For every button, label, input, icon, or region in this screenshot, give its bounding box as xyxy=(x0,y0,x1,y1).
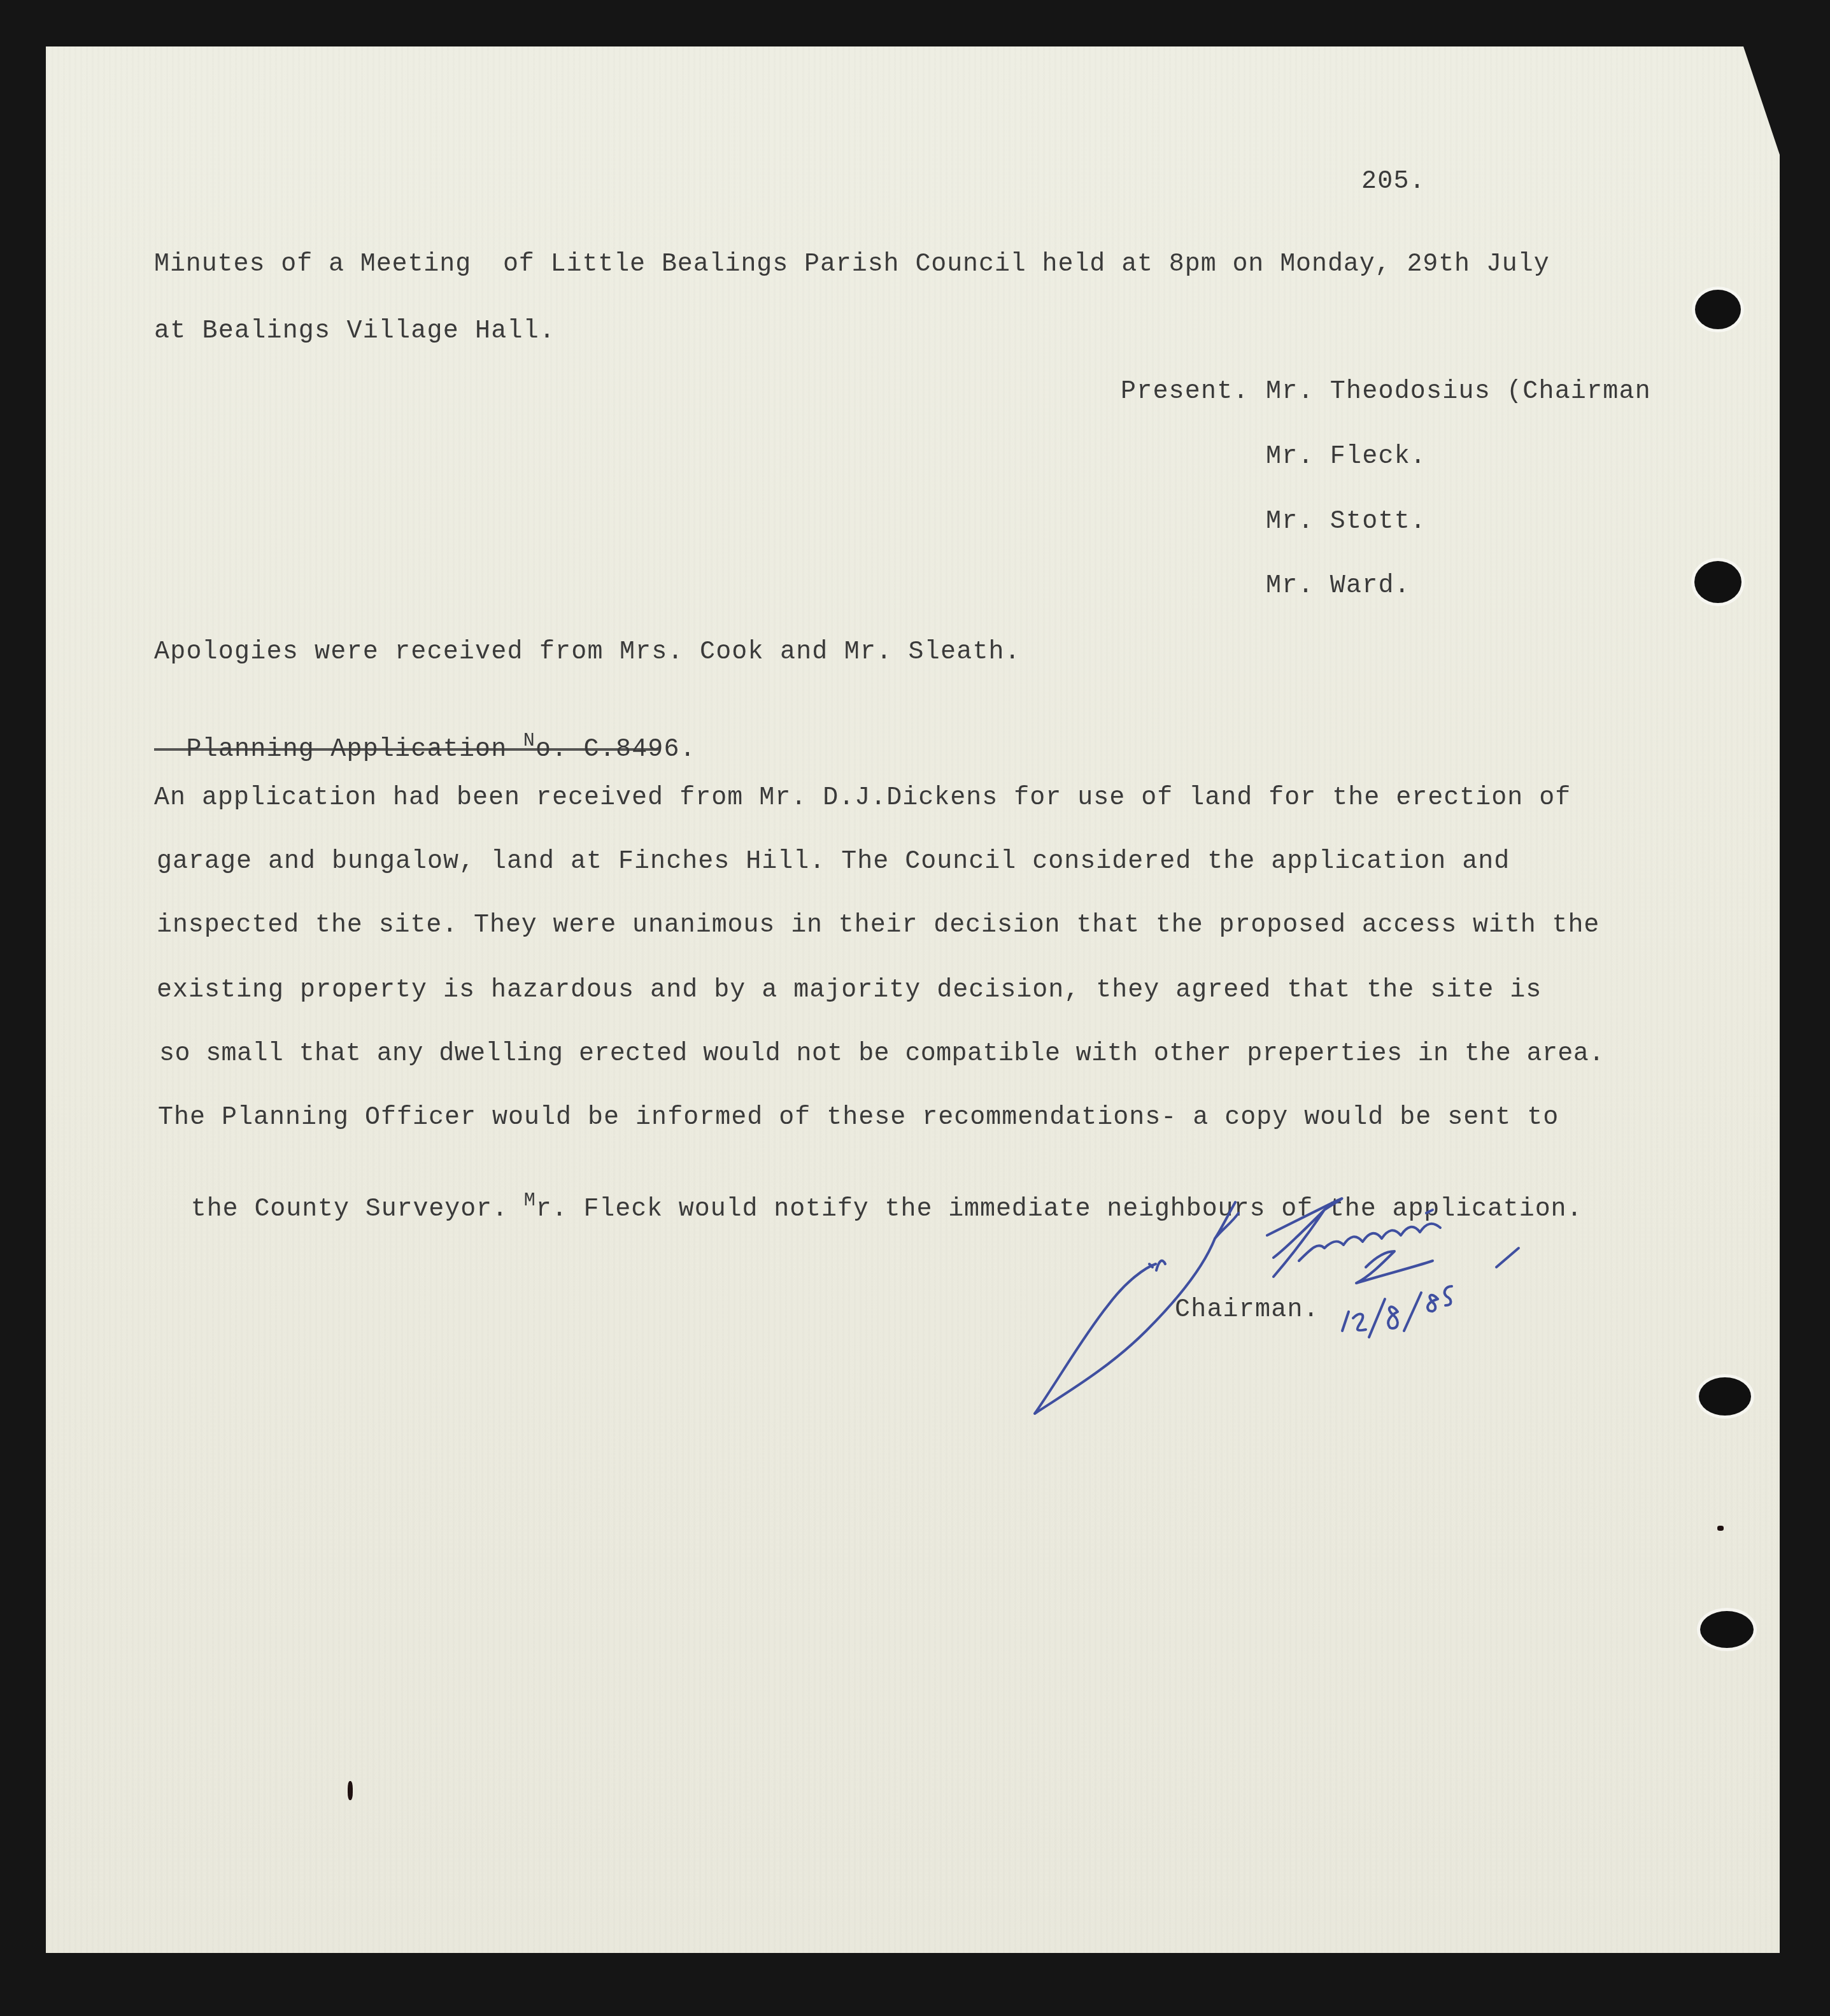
punch-hole xyxy=(1695,290,1741,329)
paragraph-last-line: the County Surveyor. Mr. Fleck would not… xyxy=(159,1164,1582,1226)
paragraph-line: existing property is hazardous and by a … xyxy=(157,976,1542,1006)
page-number: 205. xyxy=(1361,167,1426,197)
last-line-before: the County Surveyor. xyxy=(191,1195,524,1224)
present-member: Mr. Ward. xyxy=(1266,571,1410,602)
apologies-line: Apologies were received from Mrs. Cook a… xyxy=(154,637,1021,668)
ink-speck xyxy=(1717,1526,1724,1531)
present-member: Mr. Stott. xyxy=(1266,507,1426,537)
paragraph-line: The Planning Officer would be informed o… xyxy=(158,1103,1559,1133)
punch-hole xyxy=(1694,561,1741,603)
minutes-heading-line1: Minutes of a Meeting of Little Bealings … xyxy=(154,250,1550,280)
chairman-label: Chairman. xyxy=(1175,1295,1319,1326)
ink-speck xyxy=(348,1781,353,1800)
paragraph-line: An application had been received from Mr… xyxy=(154,783,1571,814)
last-line-after: r. Fleck would notify the immediate neig… xyxy=(536,1195,1583,1224)
present-label: Present. xyxy=(1121,377,1249,408)
section-heading: Planning Application No. C.8496. xyxy=(154,704,696,767)
paragraph-line: so small that any dwelling erected would… xyxy=(159,1039,1605,1070)
section-heading-underline xyxy=(154,748,659,751)
paragraph-line: inspected the site. They were unanimous … xyxy=(157,911,1599,941)
punch-hole xyxy=(1699,1377,1751,1416)
present-member: Mr. Fleck. xyxy=(1266,442,1426,472)
present-member-chairman: Mr. Theodosius (Chairman xyxy=(1266,377,1651,408)
minutes-heading-line2: at Bealings Village Hall. xyxy=(154,316,555,347)
last-line-sup: M xyxy=(524,1190,536,1212)
punch-hole xyxy=(1700,1611,1754,1648)
paragraph-line: garage and bungalow, land at Finches Hil… xyxy=(157,847,1510,877)
